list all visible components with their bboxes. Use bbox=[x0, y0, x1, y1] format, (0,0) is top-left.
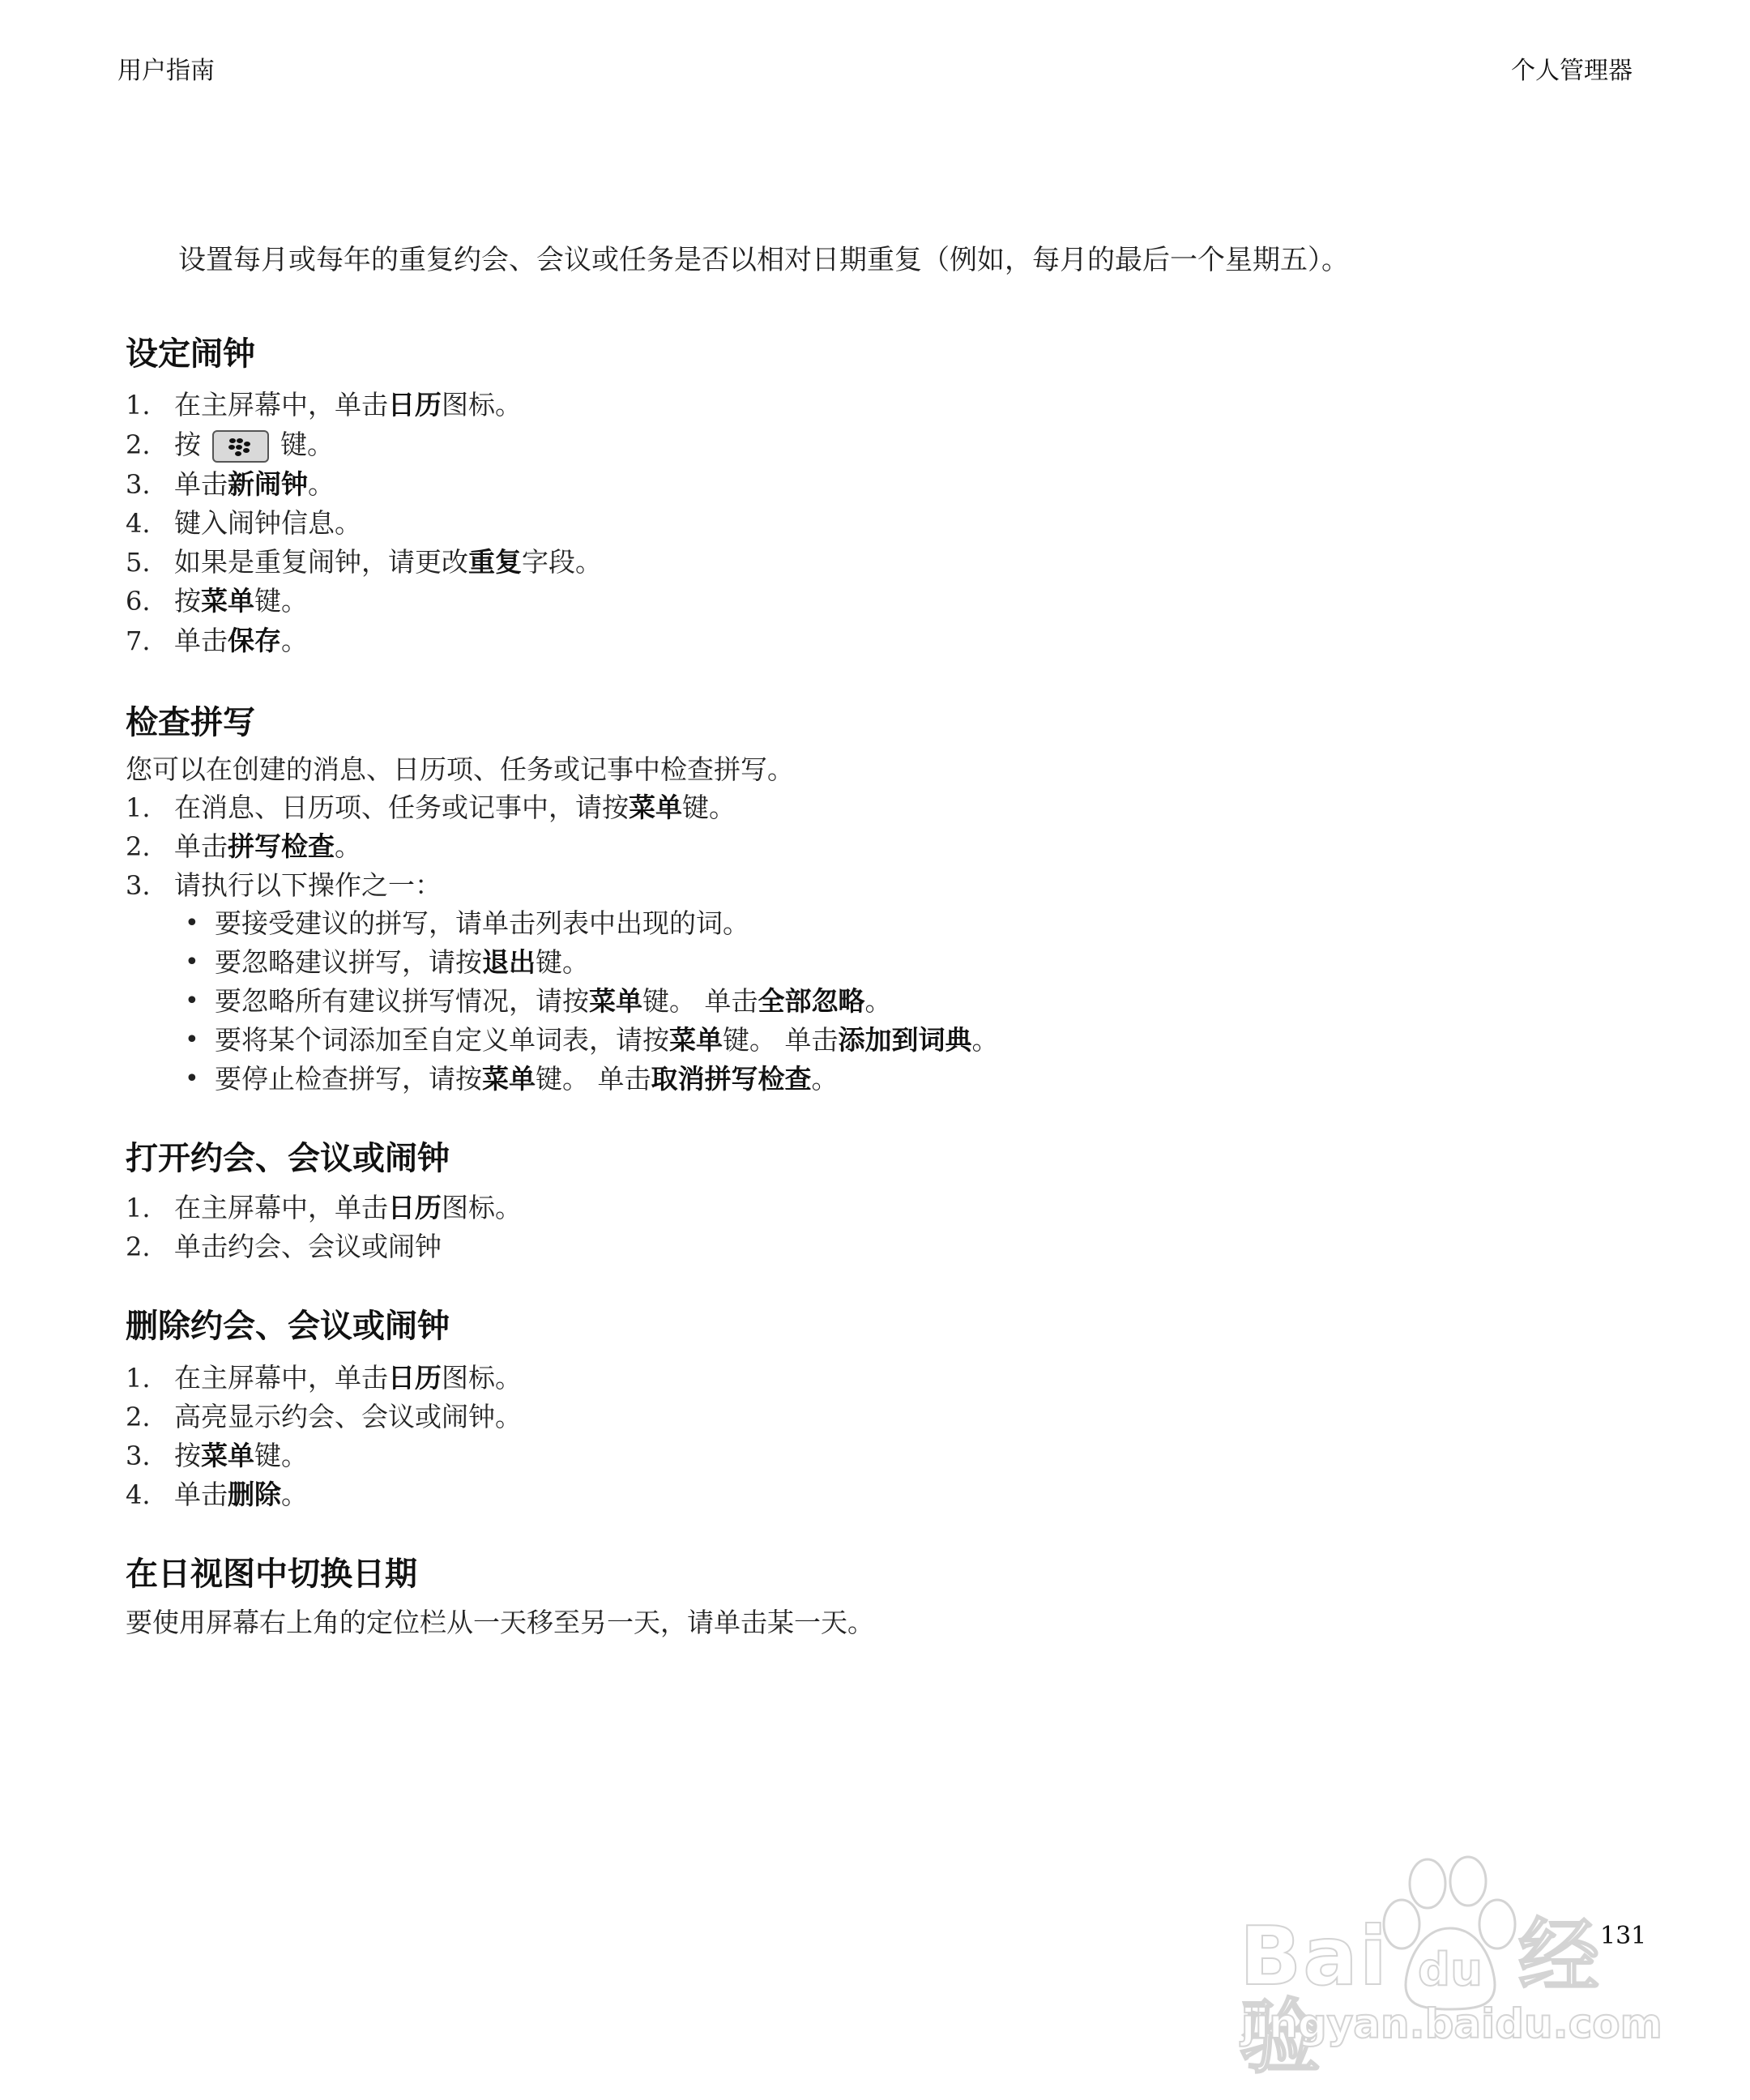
ui-label-menu: 菜单 bbox=[201, 585, 254, 617]
svg-text:du: du bbox=[1418, 1944, 1483, 1996]
step-text: 单击 bbox=[174, 468, 228, 500]
step-text: 在主屏幕中，单击 bbox=[174, 1362, 388, 1394]
ui-label-menu: 菜单 bbox=[669, 1024, 723, 1056]
step-text: 图标。 bbox=[442, 1362, 522, 1394]
step-text: 键。 bbox=[682, 792, 736, 823]
step-text: 按 bbox=[174, 429, 201, 460]
bullet-text: 要将某个词添加至自定义单词表，请按 bbox=[215, 1024, 669, 1056]
bullet-text: 。 bbox=[972, 1024, 999, 1056]
bullet-text: 要忽略建议拼写，请按 bbox=[215, 946, 482, 978]
bullet-text: 要停止检查拼写，请按 bbox=[215, 1063, 482, 1095]
bullet-icon: • bbox=[185, 1063, 199, 1095]
ui-label-spell-check: 拼写检查 bbox=[228, 830, 335, 862]
ui-label-menu: 菜单 bbox=[482, 1063, 536, 1095]
page-number: 131 bbox=[1600, 1922, 1646, 1950]
ui-label-ignore-all: 全部忽略 bbox=[758, 985, 865, 1017]
step-number: 2. bbox=[126, 1231, 151, 1263]
step-text: 在消息、日历项、任务或记事中，请按 bbox=[174, 792, 629, 823]
baidu-jingyan-watermark: du Bai经验 jingyan.baidu.com bbox=[1240, 1839, 1661, 2074]
ui-label-calendar: 日历 bbox=[388, 1362, 442, 1394]
bullet-text: 要接受建议的拼写，请单击列表中出现的词。 bbox=[215, 907, 749, 939]
watermark-url: jingyan.baidu.com bbox=[1241, 2001, 1662, 2047]
step-number: 2. bbox=[126, 830, 151, 863]
bullet-text: 键。 bbox=[536, 946, 589, 978]
bullet-icon: • bbox=[185, 985, 199, 1018]
step-number: 2. bbox=[126, 1401, 151, 1433]
step-number: 1. bbox=[126, 1362, 151, 1394]
ui-label-new-alarm: 新闹钟 bbox=[228, 468, 308, 500]
step-number: 2. bbox=[126, 429, 151, 461]
step-text: 高亮显示约会、会议或闹钟。 bbox=[174, 1401, 522, 1432]
step-text: 。 bbox=[281, 1479, 308, 1510]
ui-label-calendar: 日历 bbox=[388, 1192, 442, 1223]
step-text: 键入闹钟信息。 bbox=[174, 507, 361, 539]
bullet-text: 键。 单击 bbox=[642, 985, 758, 1017]
step-text: 单击约会、会议或闹钟 bbox=[174, 1231, 442, 1262]
step-text: 请执行以下操作之一： bbox=[174, 869, 442, 901]
step-number: 3. bbox=[126, 468, 151, 501]
step-text: 单击 bbox=[174, 1479, 228, 1510]
step-text: 图标。 bbox=[442, 389, 522, 420]
ui-label-add-to-dictionary: 添加到词典 bbox=[839, 1024, 972, 1056]
header-chapter-title: 个人管理器 bbox=[1511, 57, 1633, 86]
step-text: 单击 bbox=[174, 830, 228, 862]
bullet-text: 要忽略所有建议拼写情况，请按 bbox=[215, 985, 589, 1017]
watermark-logo-text: Bai经验 bbox=[1240, 1916, 1661, 2078]
step-number: 1. bbox=[126, 792, 151, 824]
ui-label-repeat: 重复 bbox=[468, 546, 522, 578]
header-doc-title: 用户指南 bbox=[117, 57, 215, 86]
step-text: 如果是重复闹钟，请更改 bbox=[174, 546, 468, 578]
step-text: 在主屏幕中，单击 bbox=[174, 1192, 388, 1223]
step-text: 键。 bbox=[254, 585, 308, 617]
paw-icon: du bbox=[1369, 1855, 1531, 2017]
step-text: 。 bbox=[335, 830, 361, 862]
step-number: 3. bbox=[126, 869, 151, 902]
heading-spell-check: 检查拼写 bbox=[126, 704, 255, 741]
bullet-icon: • bbox=[185, 946, 199, 979]
step-text: 图标。 bbox=[442, 1192, 522, 1223]
bullet-text: 。 bbox=[812, 1063, 839, 1095]
step-number: 3. bbox=[126, 1440, 151, 1472]
ui-label-calendar: 日历 bbox=[388, 389, 442, 420]
step-number: 1. bbox=[126, 1192, 151, 1224]
ui-label-escape: 退出 bbox=[482, 946, 536, 978]
step-number: 4. bbox=[126, 1479, 151, 1511]
section-description: 要使用屏幕右上角的定位栏从一天移至另一天，请单击某一天。 bbox=[126, 1607, 874, 1639]
step-text: 单击 bbox=[174, 625, 228, 656]
ui-label-menu: 菜单 bbox=[201, 1440, 254, 1471]
step-number: 7. bbox=[126, 625, 151, 657]
step-text: 。 bbox=[308, 468, 335, 500]
bullet-icon: • bbox=[185, 907, 199, 940]
bullet-icon: • bbox=[185, 1024, 199, 1056]
bullet-text: 键。 单击 bbox=[536, 1063, 651, 1095]
bullet-text: 键。 单击 bbox=[723, 1024, 839, 1056]
heading-set-alarm: 设定闹钟 bbox=[126, 335, 255, 373]
ui-label-menu: 菜单 bbox=[629, 792, 682, 823]
heading-delete-appointment: 删除约会、会议或闹钟 bbox=[126, 1308, 450, 1345]
bullet-text: 。 bbox=[865, 985, 892, 1017]
heading-switch-date-day-view: 在日视图中切换日期 bbox=[126, 1556, 417, 1593]
ui-label-menu: 菜单 bbox=[589, 985, 642, 1017]
step-number: 4. bbox=[126, 507, 151, 540]
step-text: 。 bbox=[281, 625, 308, 656]
ui-label-cancel-spell-check: 取消拼写检查 bbox=[651, 1063, 812, 1095]
heading-open-appointment: 打开约会、会议或闹钟 bbox=[126, 1140, 450, 1177]
intro-paragraph: 设置每月或每年的重复约会、会议或任务是否以相对日期重复（例如，每月的最后一个星期… bbox=[178, 244, 1349, 276]
section-description: 您可以在创建的消息、日历项、任务或记事中检查拼写。 bbox=[126, 753, 794, 786]
step-text: 按 bbox=[174, 1440, 201, 1471]
ui-label-delete: 删除 bbox=[228, 1479, 281, 1510]
step-number: 6. bbox=[126, 585, 151, 617]
step-text: 按 bbox=[174, 585, 201, 617]
step-number: 5. bbox=[126, 546, 151, 578]
step-text: 键。 bbox=[254, 1440, 308, 1471]
step-text: 在主屏幕中，单击 bbox=[174, 389, 388, 420]
step-text: 键。 bbox=[280, 429, 334, 460]
blackberry-menu-key-icon bbox=[212, 430, 269, 463]
ui-label-save: 保存 bbox=[228, 625, 281, 656]
step-text: 字段。 bbox=[522, 546, 602, 578]
step-number: 1. bbox=[126, 389, 151, 421]
